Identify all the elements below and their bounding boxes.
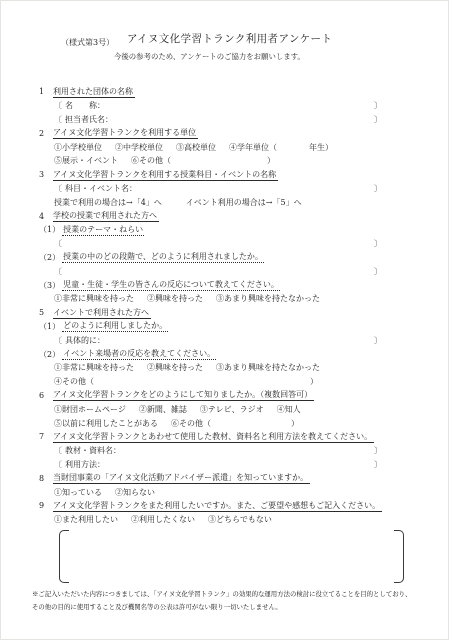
sub-question-text: イベント来場者の反応を教えてください。 bbox=[62, 348, 216, 360]
option-item: ⑥その他（ ） bbox=[131, 155, 275, 166]
section-number: 9 bbox=[39, 501, 53, 510]
footnote-line: ※ご記入いただいた内容につきましては、「アイヌ文化学習トランク」の効果的な運用方… bbox=[32, 588, 426, 601]
section-heading-row: 8当財団事業の「アイヌ文化活動アドバイザー派遣」を知っていますか。 bbox=[39, 471, 412, 485]
section-heading-row: 4学校の授業で利用された方へ bbox=[39, 209, 412, 223]
bracket-close-glyph: 〕 bbox=[374, 114, 382, 125]
bracket-open-glyph: 〔 bbox=[54, 445, 62, 456]
option-item: ②興味を持った bbox=[147, 293, 203, 304]
section-heading: アイヌ文化学習トランクを利用する単位 bbox=[53, 127, 198, 139]
option-item: ②知らない bbox=[115, 487, 155, 498]
bracket-close-glyph: 〕 bbox=[374, 238, 382, 249]
bracket-open-glyph: 〔 bbox=[54, 335, 62, 346]
section-heading: アイヌ文化学習トランクをどのようにして知りましたか。（複数回答可） bbox=[53, 389, 314, 401]
section-9: 9アイヌ文化学習トランクをまた利用したいですか。また、ご要望や感想もご記入くださ… bbox=[39, 499, 412, 583]
sub-question: （1）授業のテーマ・ねらい bbox=[39, 223, 412, 237]
options-row: ①非常に興味を持った②興味を持った③あまり興味を持たなかった bbox=[54, 361, 412, 375]
footnote: ※ご記入いただいた内容につきましては、「アイヌ文化学習トランク」の効果的な運用方… bbox=[32, 588, 426, 614]
option-item: ①非常に興味を持った bbox=[54, 362, 134, 373]
options-row: ①知っている②知らない bbox=[54, 485, 412, 499]
bracket-field: 〔科目・イベント名：〕 bbox=[54, 182, 382, 196]
section-heading-row: 6アイヌ文化学習トランクをどのようにして知りましたか。（複数回答可） bbox=[39, 389, 412, 403]
section-number: 4 bbox=[39, 212, 53, 221]
bracket-field-label: 名 称： bbox=[65, 100, 105, 111]
questionnaire-page: （様式第3号） アイヌ文化学習トランク利用者アンケート 今後の参考のため、アンケ… bbox=[0, 0, 449, 640]
section-number: 5 bbox=[39, 308, 53, 317]
section-number: 1 bbox=[39, 87, 53, 96]
sub-question: （3）児童・生徒・学生の皆さんの反応について教えてください。 bbox=[39, 278, 412, 292]
bracket-field-label: 担当者氏名： bbox=[65, 114, 113, 125]
section-4: 4学校の授業で利用された方へ（1）授業のテーマ・ねらい〔〕（2）授業の中のどの段… bbox=[39, 209, 412, 306]
sub-question-text: 児童・生徒・学生の皆さんの反応について教えてください。 bbox=[62, 279, 280, 291]
option-item: ⑥その他（ ） bbox=[171, 418, 299, 429]
sub-question: （2）イベント来場者の反応を教えてください。 bbox=[39, 347, 412, 361]
options-row: ⑤以前に利用したことがある⑥その他（ ） bbox=[54, 416, 412, 430]
section-number: 8 bbox=[39, 474, 53, 483]
section-2: 2アイヌ文化学習トランクを利用する単位①小学校単位②中学校単位③高校単位④学年単… bbox=[39, 126, 412, 167]
bracket-field: 〔具体的に：〕 bbox=[54, 333, 382, 347]
section-heading: 利用された団体の名称 bbox=[53, 86, 135, 98]
bracket-close-glyph: 〕 bbox=[374, 100, 382, 111]
option-item: ③あまり興味を持たなかった bbox=[216, 362, 320, 373]
bracket-close-glyph: 〕 bbox=[374, 445, 382, 456]
sub-question-text: 授業の中のどの段階で、どのように利用されましたか。 bbox=[62, 251, 264, 263]
bracket-open-glyph: 〔 bbox=[54, 238, 62, 249]
sub-question: （2）授業の中のどの段階で、どのように利用されましたか。 bbox=[39, 251, 412, 265]
option-item: ③高校単位 bbox=[176, 142, 216, 153]
section-heading-row: 1利用された団体の名称 bbox=[39, 85, 412, 99]
bracket-open-glyph: 〔 bbox=[54, 266, 62, 277]
section-heading-row: 2アイヌ文化学習トランクを利用する単位 bbox=[39, 126, 412, 140]
section-number: 7 bbox=[39, 432, 53, 441]
option-item: ④知人 bbox=[277, 404, 301, 415]
section-heading: イベントで利用された方へ bbox=[53, 307, 151, 319]
option-item: ③あまり興味を持たなかった bbox=[216, 293, 320, 304]
section-number: 3 bbox=[39, 170, 53, 179]
option-item: ②中学校単位 bbox=[115, 142, 163, 153]
sub-question-number: （3） bbox=[39, 280, 60, 291]
section-heading: 学校の授業で利用された方へ bbox=[53, 210, 159, 222]
bracket-open-glyph: 〔 bbox=[54, 100, 62, 111]
section-7: 7アイヌ文化学習トランクとあわせて使用した教材、資料名と利用方法を教えてください… bbox=[39, 430, 412, 471]
option-item: ④学年単位（ 年生） bbox=[229, 142, 333, 153]
bracket-close-glyph: 〕 bbox=[374, 266, 382, 277]
section-heading: アイヌ文化学習トランクとあわせて使用した教材、資料名と利用方法を教えてください。 bbox=[53, 431, 374, 443]
comments-box bbox=[59, 530, 404, 583]
bracket-open-glyph: 〔 bbox=[54, 183, 62, 194]
sub-question-number: （2） bbox=[39, 349, 60, 360]
option-item: ①非常に興味を持った bbox=[54, 293, 134, 304]
section-6: 6アイヌ文化学習トランクをどのようにして知りましたか。（複数回答可）①財団ホーム… bbox=[39, 389, 412, 430]
option-item: ②新聞、雑誌 bbox=[139, 404, 187, 415]
bracket-field: 〔名 称：〕 bbox=[54, 99, 382, 113]
form-number: （様式第3号） bbox=[61, 37, 114, 48]
sub-question-text: 授業のテーマ・ねらい bbox=[62, 224, 144, 236]
form-body: 1利用された団体の名称〔名 称：〕〔担当者氏名：〕2アイヌ文化学習トランクを利用… bbox=[39, 85, 412, 583]
section-heading: アイヌ文化学習トランクを利用する授業科目・イベントの名称 bbox=[53, 169, 278, 181]
bracket-field-label: 科目・イベント名： bbox=[65, 183, 137, 194]
option-item: ②利用したくない bbox=[131, 514, 195, 525]
bracket-close-glyph: 〕 bbox=[374, 335, 382, 346]
option-item: ④その他（ ） bbox=[54, 376, 318, 387]
bracket-field: 〔利用方法：〕 bbox=[54, 458, 382, 472]
section-heading-row: 5イベントで利用された方へ bbox=[39, 306, 412, 320]
sub-question-number: （1） bbox=[39, 321, 60, 332]
bracket-field-label: 利用方法： bbox=[65, 459, 105, 470]
sub-question-text: どのように利用しましたか。 bbox=[62, 320, 168, 332]
section-1: 1利用された団体の名称〔名 称：〕〔担当者氏名：〕 bbox=[39, 85, 412, 126]
section-number: 6 bbox=[39, 391, 53, 400]
routing-note: 授業で利用の場合は→「4」へ イベント利用の場合は→「5」へ bbox=[54, 195, 412, 209]
bracket-close-glyph: 〕 bbox=[374, 183, 382, 194]
options-row: ①非常に興味を持った②興味を持った③あまり興味を持たなかった bbox=[54, 292, 412, 306]
footnote-line: その他の目的に使用すること及び機関名等の公表は許可がない限り一切いたしません。 bbox=[32, 601, 426, 614]
option-item: ①財団ホームページ bbox=[54, 404, 126, 415]
section-heading-row: 7アイヌ文化学習トランクとあわせて使用した教材、資料名と利用方法を教えてください… bbox=[39, 430, 412, 444]
option-item: ①また利用したい bbox=[54, 514, 118, 525]
options-row: ①また利用したい②利用したくない③どちらでもない bbox=[54, 513, 412, 527]
options-row: ①財団ホームページ②新聞、雑誌③テレビ、ラジオ④知人 bbox=[54, 402, 412, 416]
option-item: ③どちらでもない bbox=[208, 514, 272, 525]
sub-question-number: （1） bbox=[39, 224, 60, 235]
bracket-field-label: 具体的に： bbox=[65, 335, 105, 346]
option-item: ①小学校単位 bbox=[54, 142, 102, 153]
option-item: ⑤以前に利用したことがある bbox=[54, 418, 158, 429]
option-item: ③テレビ、ラジオ bbox=[200, 404, 264, 415]
page-subtitle: 今後の参考のため、アンケートのご協力をお願いします。 bbox=[114, 51, 305, 62]
bracket-open-glyph: 〔 bbox=[54, 459, 62, 470]
bracket-field-label: 教材・資料名： bbox=[65, 445, 121, 456]
option-item: ⑤展示・イベント bbox=[54, 155, 118, 166]
section-3: 3アイヌ文化学習トランクを利用する授業科目・イベントの名称〔科目・イベント名：〕… bbox=[39, 168, 412, 209]
section-5: 5イベントで利用された方へ（1）どのように利用しましたか。〔具体的に：〕（2）イ… bbox=[39, 306, 412, 389]
bracket-open-glyph: 〔 bbox=[54, 114, 62, 125]
options-row: ①小学校単位②中学校単位③高校単位④学年単位（ 年生） bbox=[54, 140, 412, 154]
page-title: アイヌ文化学習トランク利用者アンケート bbox=[127, 31, 332, 46]
option-item: ①知っている bbox=[54, 487, 102, 498]
section-heading-row: 3アイヌ文化学習トランクを利用する授業科目・イベントの名称 bbox=[39, 168, 412, 182]
section-heading: 当財団事業の「アイヌ文化活動アドバイザー派遣」を知っていますか。 bbox=[53, 472, 310, 484]
section-heading: アイヌ文化学習トランクをまた利用したいですか。また、ご要望や感想もご記入ください… bbox=[53, 500, 382, 512]
section-8: 8当財団事業の「アイヌ文化活動アドバイザー派遣」を知っていますか。①知っている②… bbox=[39, 471, 412, 499]
options-row: ⑤展示・イベント⑥その他（ ） bbox=[54, 154, 412, 168]
sub-question: （1）どのように利用しましたか。 bbox=[39, 320, 412, 334]
bracket-field: 〔〕 bbox=[54, 237, 382, 251]
bracket-field: 〔教材・資料名：〕 bbox=[54, 444, 382, 458]
section-heading-row: 9アイヌ文化学習トランクをまた利用したいですか。また、ご要望や感想もご記入くださ… bbox=[39, 499, 412, 513]
bracket-field: 〔〕 bbox=[54, 264, 382, 278]
option-item: ②興味を持った bbox=[147, 362, 203, 373]
bracket-field: 〔担当者氏名：〕 bbox=[54, 113, 382, 127]
sub-question-number: （2） bbox=[39, 252, 60, 263]
section-number: 2 bbox=[39, 129, 53, 138]
bracket-close-glyph: 〕 bbox=[374, 459, 382, 470]
options-row: ④その他（ ） bbox=[54, 375, 412, 389]
